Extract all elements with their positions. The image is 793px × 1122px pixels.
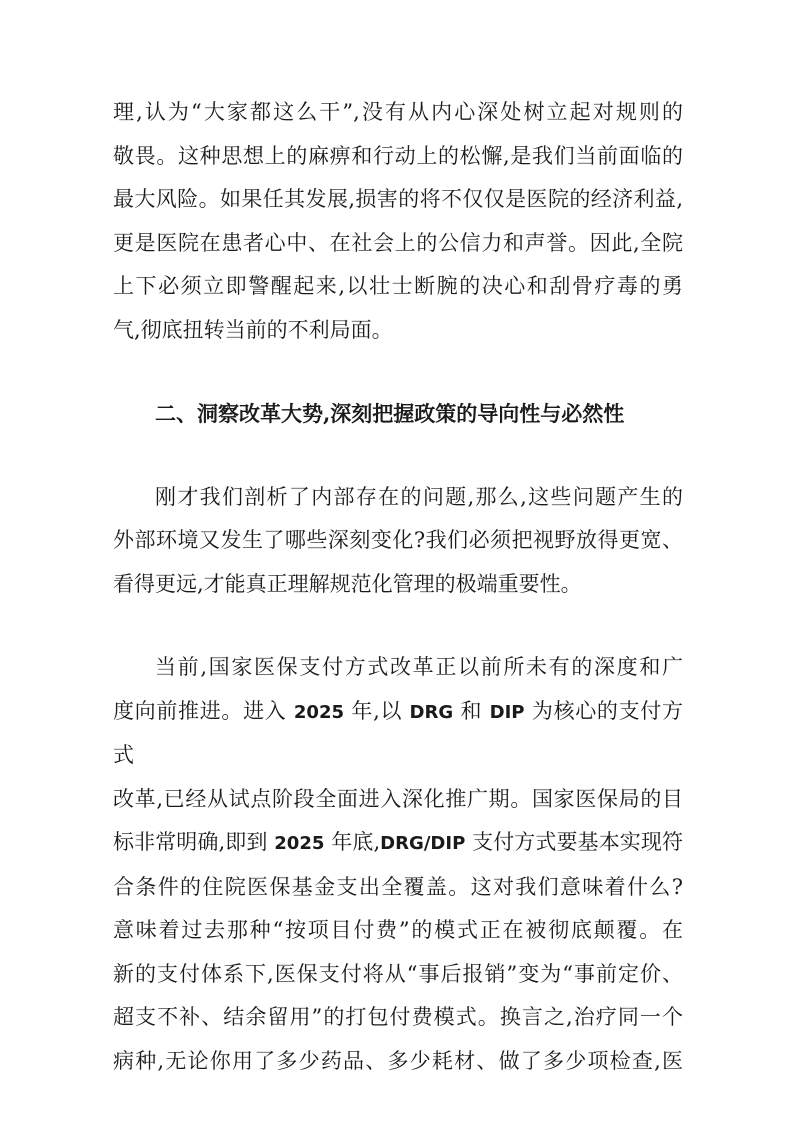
latin-text-run: DRG/DIP [380,833,465,854]
paragraph: 当前,国家医保支付方式改革正以前所未有的深度和广度向前推进。进入 2025 年,… [113,646,683,1083]
text-line: 刚才我们剖析了内部存在的问题,那么,这些问题产生的 [113,476,683,520]
latin-text-run: DIP [490,702,525,723]
paragraph: 理,认为“大家都这么干”,没有从内心深处树立起对规则的敬畏。这种思想上的麻痹和行… [113,91,683,352]
cjk-text-run: 支付方式要基本实现符 [465,830,683,854]
cjk-text-run: 二、洞察改革大势,深刻把握政策的导向性与必然性 [155,401,624,426]
text-line: 病种,无论你用了多少药品、多少耗材、做了多少项检查,医 [113,1040,683,1084]
cjk-text-run: 上下必须立即警醒起来,以壮士断腕的决心和刮骨疗毒的勇 [113,274,683,298]
cjk-text-run: 超支不补、结余留用”的打包付费模式。换言之,治疗同一个 [113,1005,683,1029]
text-line: 新的支付体系下,医保支付将从“事后报销”变为“事前定价、 [113,953,683,997]
text-line: 意味着过去那种“按项目付费”的模式正在被彻底颠覆。在 [113,909,683,953]
paragraph: 刚才我们剖析了内部存在的问题,那么,这些问题产生的外部环境又发生了哪些深刻变化?… [113,476,683,607]
text-line: 度向前推进。进入 2025 年,以 DRG 和 DIP 为核心的支付方式 [113,690,683,778]
text-line: 标非常明确,即到 2025 年底,DRG/DIP 支付方式要基本实现符 [113,821,683,866]
cjk-text-run: 合条件的住院医保基金支出全覆盖。这对我们意味着什么? [113,875,683,899]
text-line: 更是医院在患者心中、在社会上的公信力和声誉。因此,全院 [113,222,683,266]
cjk-text-run: 新的支付体系下,医保支付将从“事后报销”变为“事前定价、 [113,962,683,986]
cjk-text-run: 年,以 [344,699,409,723]
cjk-text-run: 最大风险。如果任其发展,损害的将不仅仅是医院的经济利益, [113,187,683,211]
text-line: 改革,已经从试点阶段全面进入深化推广期。国家医保局的目 [113,778,683,822]
cjk-text-run: 理,认为“大家都这么干”,没有从内心深处树立起对规则的 [113,100,683,124]
text-line: 理,认为“大家都这么干”,没有从内心深处树立起对规则的 [113,91,683,135]
cjk-text-run: 标非常明确,即到 [113,830,274,854]
text-line: 当前,国家医保支付方式改革正以前所未有的深度和广 [113,646,683,690]
text-line: 看得更远,才能真正理解规范化管理的极端重要性。 [113,563,683,607]
cjk-text-run: 度向前推进。进入 [113,699,294,723]
cjk-text-run: 气,彻底扭转当前的不利局面。 [113,318,393,342]
document-page: 理,认为“大家都这么干”,没有从内心深处树立起对规则的敬畏。这种思想上的麻痹和行… [0,0,793,1122]
cjk-text-run: 意味着过去那种“按项目付费”的模式正在被彻底颠覆。在 [113,918,683,942]
cjk-text-run: 病种,无论你用了多少药品、多少耗材、做了多少项检查,医 [113,1049,683,1073]
latin-text-run: 2025 [294,702,344,723]
text-line: 外部环境又发生了哪些深刻变化?我们必须把视野放得更宽、 [113,519,683,563]
text-line: 最大风险。如果任其发展,损害的将不仅仅是医院的经济利益, [113,178,683,222]
cjk-text-run: 改革,已经从试点阶段全面进入深化推广期。国家医保局的目 [113,787,683,811]
cjk-text-run: 外部环境又发生了哪些深刻变化?我们必须把视野放得更宽、 [113,528,683,552]
text-line: 二、洞察改革大势,深刻把握政策的导向性与必然性 [113,392,683,436]
cjk-text-run: 刚才我们剖析了内部存在的问题,那么,这些问题产生的 [155,485,683,509]
cjk-text-run: 更是医院在患者心中、在社会上的公信力和声誉。因此,全院 [113,231,683,255]
cjk-text-run: 当前,国家医保支付方式改革正以前所未有的深度和广 [155,655,683,679]
text-line: 上下必须立即警醒起来,以壮士断腕的决心和刮骨疗毒的勇 [113,265,683,309]
section-heading: 二、洞察改革大势,深刻把握政策的导向性与必然性 [113,392,683,436]
cjk-text-run: 年底, [324,830,380,854]
text-line: 敬畏。这种思想上的麻痹和行动上的松懈,是我们当前面临的 [113,135,683,179]
text-line: 超支不补、结余留用”的打包付费模式。换言之,治疗同一个 [113,996,683,1040]
cjk-text-run: 敬畏。这种思想上的麻痹和行动上的松懈,是我们当前面临的 [113,144,683,168]
cjk-text-run: 看得更远,才能真正理解规范化管理的极端重要性。 [113,572,582,596]
latin-text-run: 2025 [274,833,324,854]
text-line: 气,彻底扭转当前的不利局面。 [113,309,683,353]
cjk-text-run: 和 [453,699,489,723]
text-line: 合条件的住院医保基金支出全覆盖。这对我们意味着什么? [113,866,683,910]
latin-text-run: DRG [410,702,454,723]
